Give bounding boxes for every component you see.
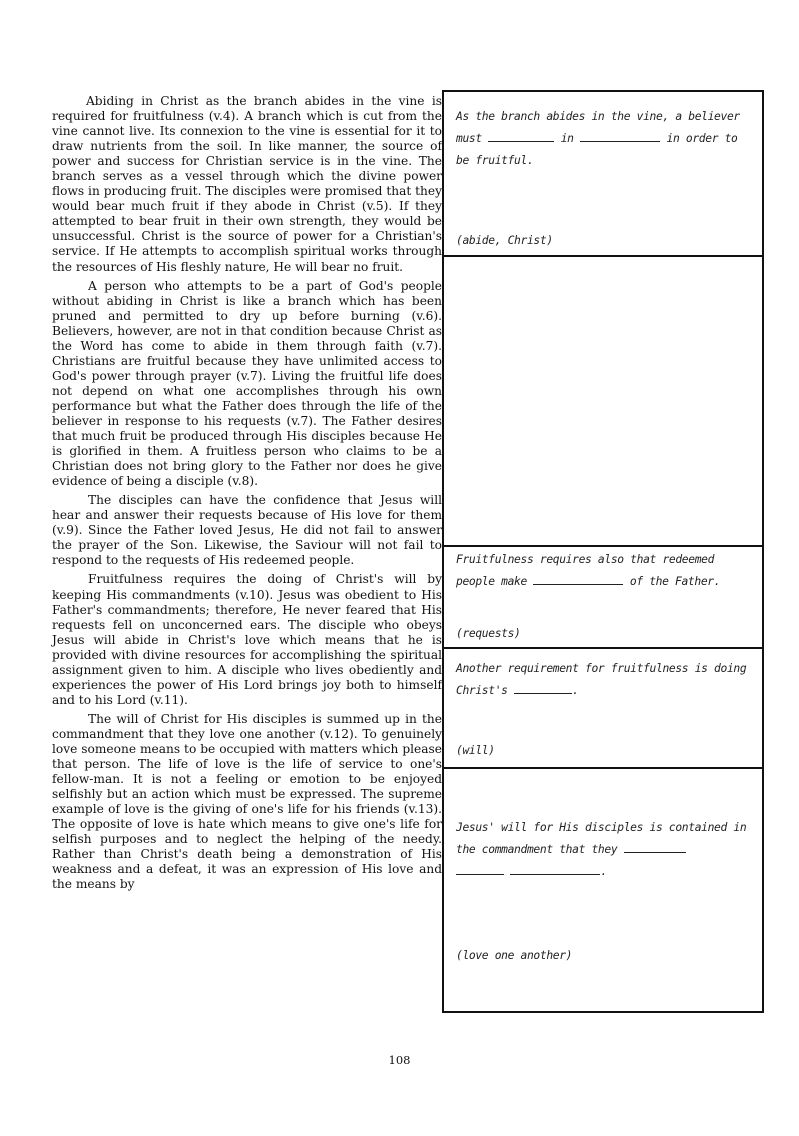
answer-blank[interactable] (533, 574, 623, 585)
page-number: 108 (0, 1053, 799, 1067)
frame-answer: (will) (456, 744, 495, 757)
answer-blank[interactable] (488, 131, 554, 142)
frame-question: As the branch abides in the vine, a beli… (456, 106, 752, 172)
frame-answer: (love one another) (456, 949, 572, 962)
frame-question: Jesus' will for His disciples is contain… (456, 817, 752, 883)
paragraph-obedience: Fruitfulness requires the doing of Chris… (52, 572, 442, 707)
frame-question: Fruitfulness requires also that redeemed… (456, 549, 752, 593)
answer-blank[interactable] (456, 864, 504, 875)
paragraph-confidence: The disciples can have the confidence th… (52, 493, 442, 568)
frame-blank (444, 258, 762, 547)
frame-will: Another requirement for fruitfulness is … (444, 650, 762, 769)
frame-question: Another requirement for fruitfulness is … (456, 658, 752, 702)
paragraph-abiding: Abiding in Christ as the branch abides i… (52, 94, 442, 275)
paragraph-love: The will of Christ for His disciples is … (52, 712, 442, 893)
answer-blank[interactable] (580, 131, 660, 142)
answer-blank[interactable] (510, 864, 600, 875)
frame-answer: (requests) (456, 627, 521, 640)
answer-blank[interactable] (514, 683, 572, 694)
frame-abide: As the branch abides in the vine, a beli… (444, 92, 762, 257)
frame-love-one-another: Jesus' will for His disciples is contain… (444, 769, 762, 1011)
body-text-column: Abiding in Christ as the branch abides i… (52, 94, 442, 896)
paragraph-without-abiding: A person who attempts to be a part of Go… (52, 279, 442, 490)
study-frames-panel: As the branch abides in the vine, a beli… (442, 90, 764, 1013)
frame-answer: (abide, Christ) (456, 234, 553, 247)
frame-requests: Fruitfulness requires also that redeemed… (444, 547, 762, 649)
answer-blank[interactable] (624, 842, 686, 853)
